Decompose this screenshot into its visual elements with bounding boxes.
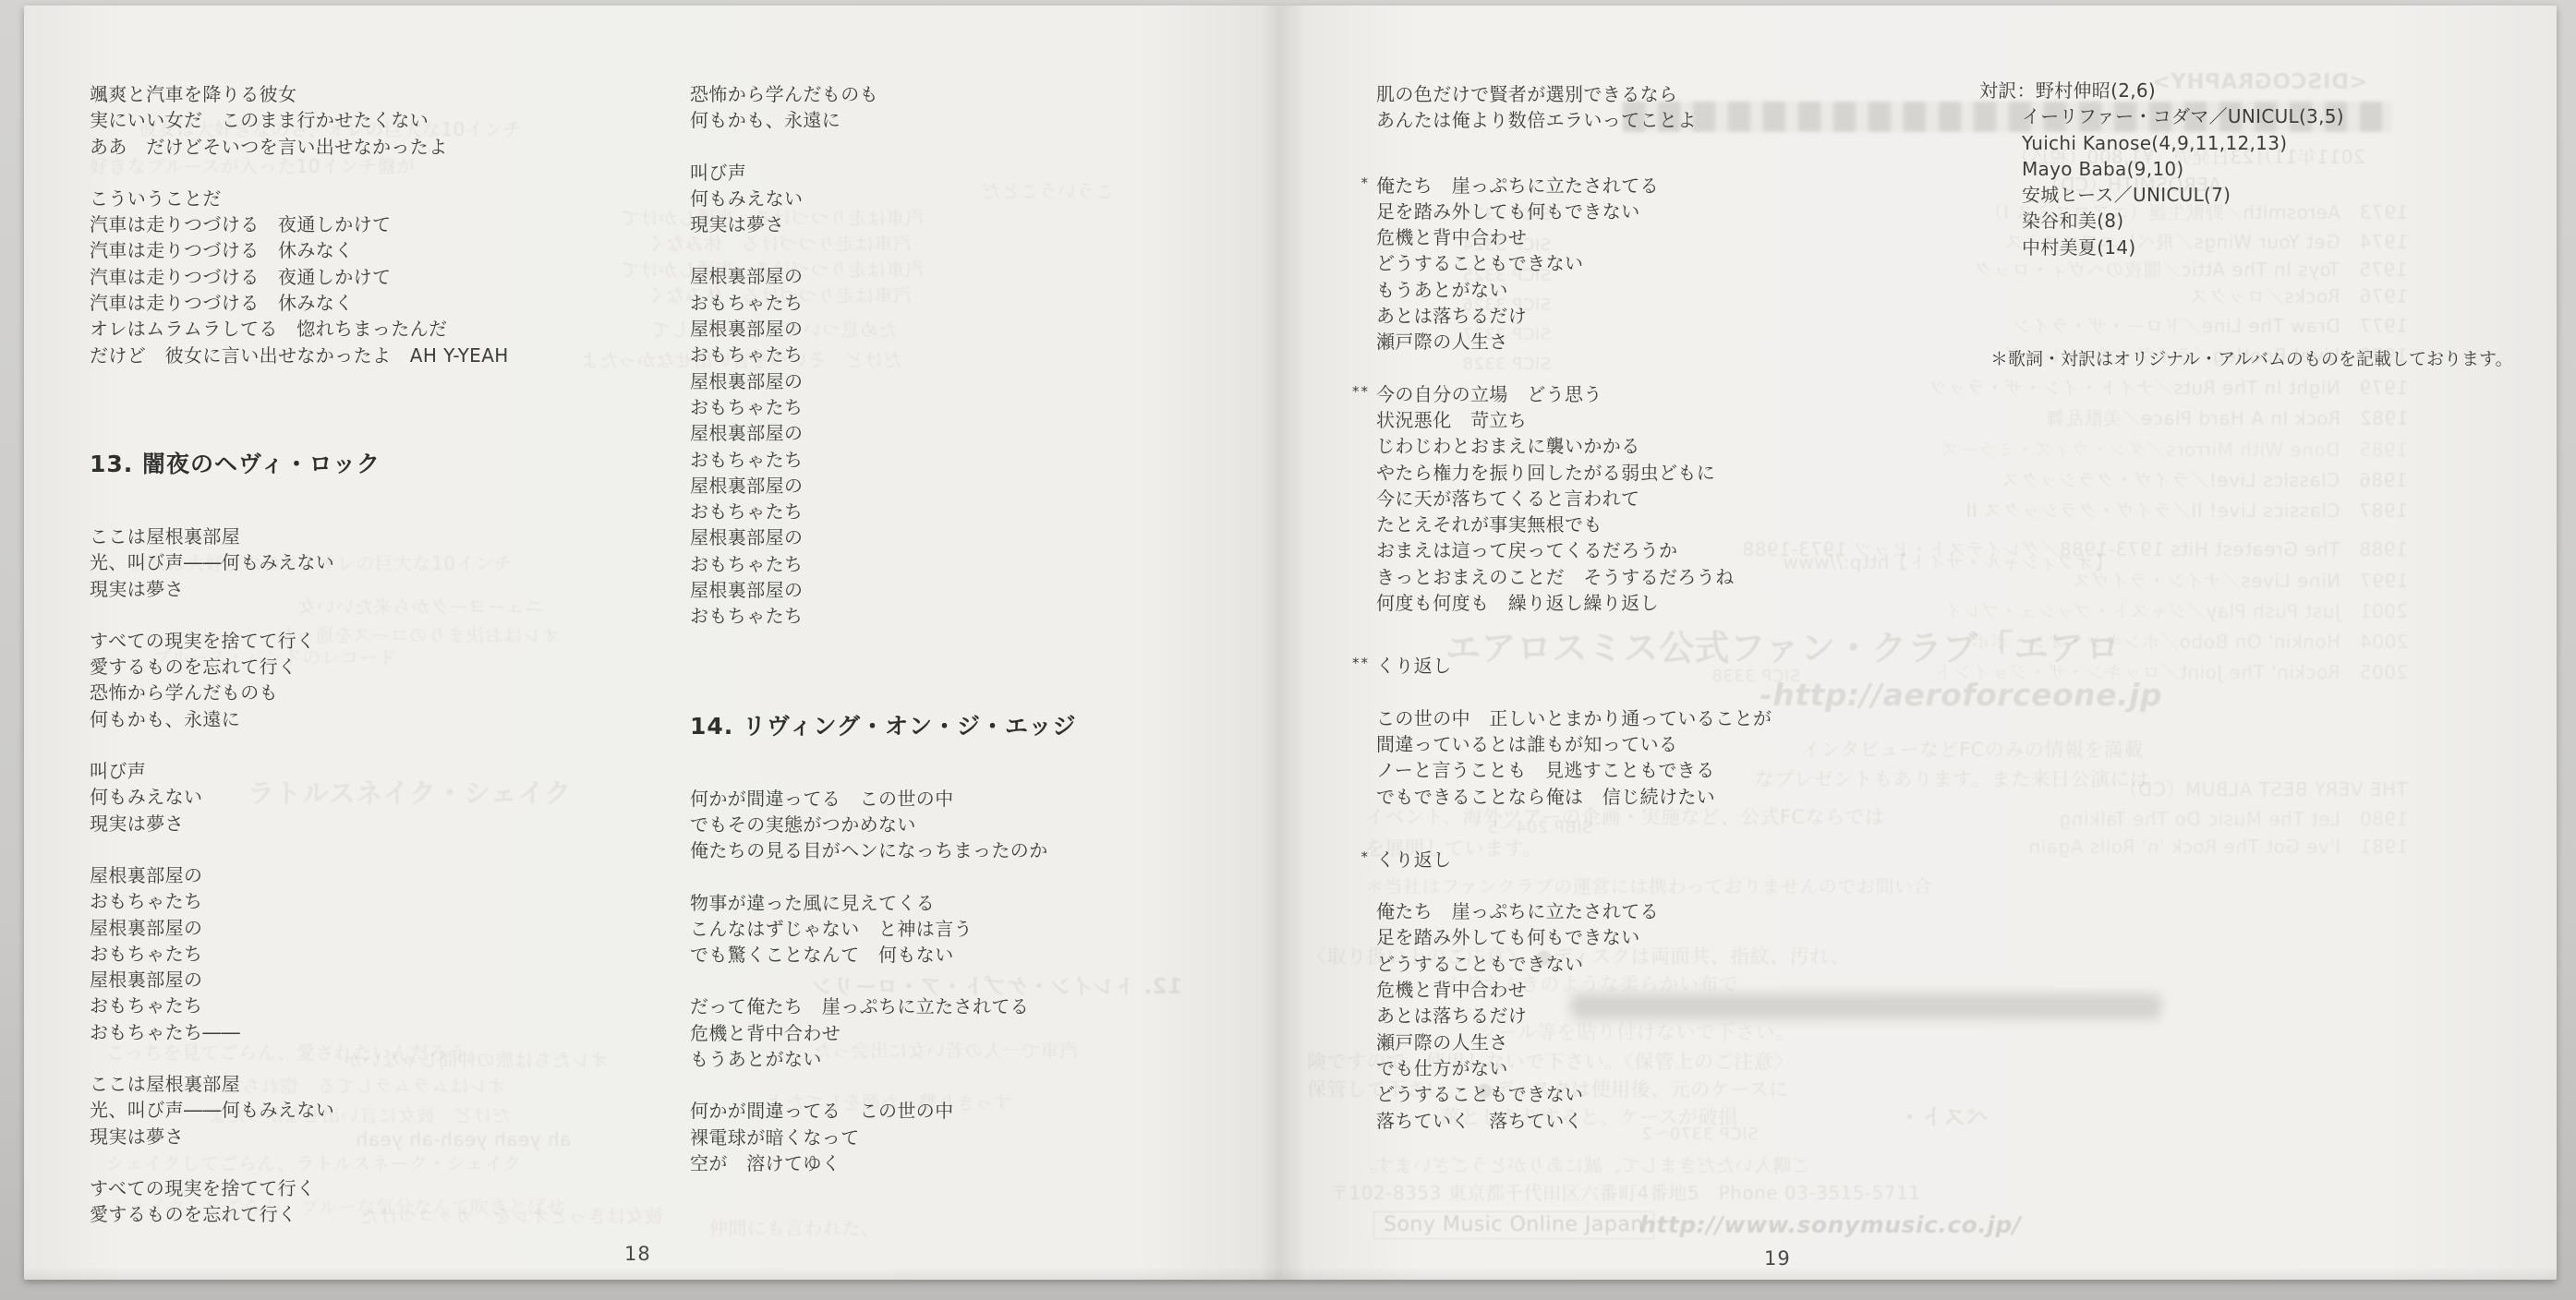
lyric-line: 屋根裏部屋の [90, 967, 509, 993]
credits-label: 対訳： [1979, 79, 2036, 102]
lyric-line: 現実は夢さ [690, 211, 1077, 237]
lyric-line: 屋根裏部屋の [90, 862, 509, 888]
lyric-line: 足を踏み外しても何もできない [1376, 199, 1772, 224]
lyric-line: だって俺たち 崖っぷちに立たされてる [690, 993, 1077, 1019]
lyric-line: 汽車は走りつづける 夜通しかけて [90, 264, 509, 290]
lyric-line: すべての現実を捨てて行く [90, 1175, 509, 1201]
lyrics-stanza: 屋根裏部屋のおもちゃたち屋根裏部屋のおもちゃたち屋根裏部屋のおもちゃたち屋根裏部… [690, 263, 1077, 629]
lyric-line: 汽車は走りつづける 夜通しかけて [90, 211, 509, 237]
lyric-line: ああ だけどそいつを言い出せなかったよ [90, 134, 509, 160]
lyrics-stanza: 恐怖から学んだものも何もかも、永遠に [690, 81, 1077, 134]
lyrics-stanza: 俺たち 崖っぷちに立たされてる足を踏み外しても何もできないどうすることもできない… [1376, 898, 1772, 1134]
lyric-line: 何もかも、永遠に [90, 706, 509, 732]
lyric-line: 物事が違った風に見えてくる [690, 890, 1077, 916]
repeat-marker: ** [1352, 379, 1376, 404]
lyric-line: 何かが間違ってる この世の中 [690, 786, 1077, 812]
lyric-line: あんたは俺より数倍エラいってことよ [1376, 107, 1772, 133]
credits-name: 中村美夏(14) [1979, 235, 2344, 260]
lyrics-stanza: すべての現実を捨てて行く愛するものを忘れて行く恐怖から学んだものも何もかも、永遠… [90, 628, 509, 732]
left-page-lyrics-column-2: 恐怖から学んだものも何もかも、永遠に叫び声何もみえない現実は夢さ屋根裏部屋のおも… [690, 81, 1077, 1176]
lyric-line: 危機と背中合わせ [1376, 977, 1772, 1003]
lyric-line: 現実は夢さ [90, 1124, 509, 1150]
lyric-line: 落ちていく 落ちていく [1376, 1108, 1772, 1134]
lyric-line: 肌の色だけで賢者が選別できるなら [1376, 81, 1772, 107]
lyric-line: 恐怖から学んだものも [90, 680, 509, 705]
lyric-line: 何もかも、永遠に [690, 107, 1077, 133]
lyric-line: 裸電球が暗くなって [690, 1125, 1077, 1150]
credits-name-list: イーリファー・コダマ／UNICUL(3,5)Yuichi Kanose(4,9,… [1979, 103, 2344, 260]
credits-note: ＊歌詞・対訳はオリジナル・アルバムのものを記載しております。 [1990, 345, 2563, 370]
lyric-line: 光、叫び声――何もみえない [90, 1097, 509, 1123]
lyric-line: あとは落ちるだけ [1376, 303, 1772, 329]
lyric-line: 現実は夢さ [90, 811, 509, 837]
lyric-line: でもその実態がつかめない [690, 812, 1077, 837]
lyric-line: おもちゃたち [690, 499, 1077, 524]
lyrics-stanza: すべての現実を捨てて行く愛するものを忘れて行く [90, 1175, 509, 1228]
lyric-line: 瀬戸際の人生さ [1376, 1029, 1772, 1055]
lyrics-stanza: **今の自分の立場 どう思う状況悪化 苛立ちじわじわとおまえに襲いかかるやたら権… [1376, 381, 1772, 617]
right-page-lyrics-column: 肌の色だけで賢者が選別できるならあんたは俺より数倍エラいってことよ*俺たち 崖っ… [1376, 81, 1772, 1134]
lyric-line: 何度も何度も 繰り返し繰り返し [1376, 590, 1772, 616]
lyrics-stanza: **くり返し [1376, 653, 1772, 679]
lyric-line: 俺たち 崖っぷちに立たされてる [1376, 898, 1772, 924]
lyric-line: あとは落ちるだけ [1376, 1003, 1772, 1029]
lyric-line: 何もみえない [690, 186, 1077, 211]
repeat-marker: ** [1352, 650, 1376, 676]
lyric-line: 汽車は走りつづける 休みなく [90, 237, 509, 263]
page-number-left: 18 [624, 1243, 651, 1265]
credits-name: イーリファー・コダマ／UNICUL(3,5) [1979, 103, 2344, 129]
lyric-line: 汽車は走りつづける 休みなく [90, 290, 509, 316]
lyric-line: きっとおまえのことだ そうするだろうね [1376, 564, 1772, 590]
lyric-line: *俺たち 崖っぷちに立たされてる [1376, 173, 1772, 199]
credits-name: Mayo Baba(9,10) [1979, 156, 2344, 182]
lyric-line: 今に天が落ちてくると言われて [1376, 486, 1772, 512]
lyric-line: 危機と背中合わせ [1376, 224, 1772, 250]
lyric-line: 屋根裏部屋の [690, 577, 1077, 603]
credits-first-line: 対訳：野村伸昭(2,6) [1979, 78, 2344, 103]
lyric-line: 空が 溶けてゆく [690, 1150, 1077, 1176]
lyric-line: おもちゃたち [690, 603, 1077, 629]
lyrics-stanza: 何かが間違ってる この世の中でもその実態がつかめない俺たちの見る目がヘンになっち… [690, 786, 1077, 864]
lyric-line: ここは屋根裏部屋 [90, 524, 509, 549]
lyric-line: **くり返し [1376, 653, 1772, 679]
lyric-line: 屋根裏部屋の [690, 420, 1077, 446]
lyric-line: 屋根裏部屋の [690, 524, 1077, 550]
lyric-line: *くり返し [1376, 847, 1772, 873]
lyric-line: 光、叫び声――何もみえない [90, 549, 509, 575]
lyric-line: オレはムラムラしてる 惚れちまったんだ [90, 316, 509, 342]
left-page-lyrics-column-1: 颯爽と汽車を降りる彼女実にいい女だ このまま行かせたくないああ だけどそいつを言… [90, 81, 509, 1228]
lyric-line: 危機と背中合わせ [690, 1020, 1077, 1046]
lyric-line: でも驚くことなんて 何もない [690, 942, 1077, 968]
lyric-line: おもちゃたち [690, 551, 1077, 577]
lyric-line: 屋根裏部屋の [690, 263, 1077, 289]
lyric-line: どうすることもできない [1376, 1081, 1772, 1107]
lyric-line: 叫び声 [90, 758, 509, 784]
lyrics-stanza: この世の中 正しいとまかり通っていることが間違っているとは誰もが知っているノーと… [1376, 705, 1772, 810]
lyric-line: 間違っているとは誰もが知っている [1376, 731, 1772, 757]
lyrics-stanza: こういうことだ汽車は走りつづける 夜通しかけて汽車は走りつづける 休みなく汽車は… [90, 186, 509, 368]
lyric-line: 愛するものを忘れて行く [90, 1201, 509, 1227]
lyric-line: 俺たちの見る目がヘンになっちまったのか [690, 837, 1077, 863]
lyric-line: でも仕方がない [1376, 1055, 1772, 1081]
lyric-line: ノーと言うことも 見逃すこともできる [1376, 757, 1772, 783]
lyric-line: 屋根裏部屋の [690, 473, 1077, 499]
lyric-line: 状況悪化 苛立ち [1376, 407, 1772, 433]
lyrics-stanza: だって俺たち 崖っぷちに立たされてる危機と背中合わせもうあとがない [690, 993, 1077, 1072]
lyrics-stanza: 屋根裏部屋のおもちゃたち屋根裏部屋のおもちゃたち屋根裏部屋のおもちゃたちおもちゃ… [90, 862, 509, 1045]
lyric-line: 恐怖から学んだものも [690, 81, 1077, 107]
lyric-line: 足を踏み外しても何もできない [1376, 924, 1772, 950]
lyric-line: おもちゃたち [690, 394, 1077, 420]
repeat-marker: * [1361, 170, 1377, 196]
lyric-line: おもちゃたち―― [90, 1019, 509, 1045]
lyric-line: 叫び声 [690, 160, 1077, 186]
lyric-line: おまえは這って戻ってくるだろうか [1376, 537, 1772, 563]
credits-name: 染谷和美(8) [1979, 208, 2344, 234]
track-heading: 13. 闇夜のヘヴィ・ロック [90, 446, 509, 479]
lyric-line: もうあとがない [690, 1046, 1077, 1072]
credits-name: Yuichi Kanose(4,9,11,12,13) [1979, 130, 2344, 156]
translation-credits: 対訳：野村伸昭(2,6) イーリファー・コダマ／UNICUL(3,5)Yuich… [1979, 78, 2344, 260]
lyric-line: 颯爽と汽車を降りる彼女 [90, 81, 509, 107]
lyric-line: だけど 彼女に言い出せなかったよ AH Y-YEAH [90, 343, 509, 368]
lyric-line: どうすることもできない [1376, 250, 1772, 276]
lyric-line: 何かが間違ってる この世の中 [690, 1098, 1077, 1124]
lyrics-stanza: 肌の色だけで賢者が選別できるならあんたは俺より数倍エラいってことよ [1376, 81, 1772, 134]
lyric-line: 屋根裏部屋の [690, 368, 1077, 394]
lyric-line: たとえそれが事実無根でも [1376, 512, 1772, 537]
lyric-line: おもちゃたち [90, 993, 509, 1018]
lyric-line: 現実は夢さ [90, 576, 509, 602]
lyric-line: 瀬戸際の人生さ [1376, 329, 1772, 355]
lyric-line: やたら権力を振り回したがる弱虫どもに [1376, 460, 1772, 486]
lyrics-stanza: *くり返し [1376, 847, 1772, 873]
lyric-line: おもちゃたち [90, 888, 509, 914]
printed-text-layer: 颯爽と汽車を降りる彼女実にいい女だ このまま行かせたくないああ だけどそいつを言… [0, 0, 2576, 1300]
lyric-line: でもできることなら俺は 信じ続けたい [1376, 784, 1772, 810]
lyrics-stanza: ここは屋根裏部屋光、叫び声――何もみえない現実は夢さ [90, 524, 509, 602]
booklet-scan: 彼女は大好きなのさ、オレの巨大な10インチ好きなブルースが入った10インチ盤がこ… [0, 0, 2576, 1300]
page-number-right: 19 [1764, 1247, 1791, 1270]
lyric-line: おもちゃたち [690, 342, 1077, 367]
credits-name: 野村伸昭(2,6) [2036, 79, 2156, 102]
lyric-line: こういうことだ [90, 186, 509, 211]
lyrics-stanza: 叫び声何もみえない現実は夢さ [90, 758, 509, 837]
lyric-line: 何もみえない [90, 784, 509, 810]
lyrics-stanza: *俺たち 崖っぷちに立たされてる足を踏み外しても何もできない危機と背中合わせどう… [1376, 173, 1772, 355]
lyric-line: 愛するものを忘れて行く [90, 654, 509, 680]
lyrics-stanza: 颯爽と汽車を降りる彼女実にいい女だ このまま行かせたくないああ だけどそいつを言… [90, 81, 509, 160]
lyric-line: 屋根裏部屋の [90, 915, 509, 941]
lyric-line: ここは屋根裏部屋 [90, 1071, 509, 1097]
track-heading: 14. リヴィング・オン・ジ・エッジ [690, 708, 1077, 741]
lyric-line: 実にいい女だ このまま行かせたくない [90, 107, 509, 133]
repeat-marker: * [1361, 844, 1377, 870]
lyric-line: おもちゃたち [690, 290, 1077, 316]
lyric-line: おもちゃたち [90, 941, 509, 967]
lyric-line: もうあとがない [1376, 277, 1772, 303]
lyric-line: この世の中 正しいとまかり通っていることが [1376, 705, 1772, 731]
lyrics-stanza: 物事が違った風に見えてくるこんなはずじゃない と神は言うでも驚くことなんて 何も… [690, 890, 1077, 969]
lyric-line: **今の自分の立場 どう思う [1376, 381, 1772, 407]
lyric-line: こんなはずじゃない と神は言う [690, 916, 1077, 942]
credits-name: 安城ヒース／UNICUL(7) [1979, 182, 2344, 208]
lyric-line: 屋根裏部屋の [690, 316, 1077, 342]
lyric-line: じわじわとおまえに襲いかかる [1376, 433, 1772, 459]
lyrics-stanza: 叫び声何もみえない現実は夢さ [690, 160, 1077, 238]
lyric-line: おもちゃたち [690, 447, 1077, 473]
lyrics-stanza: 何かが間違ってる この世の中裸電球が暗くなって空が 溶けてゆく [690, 1098, 1077, 1176]
lyric-line: どうすることもできない [1376, 951, 1772, 977]
lyric-line: すべての現実を捨てて行く [90, 628, 509, 654]
lyrics-stanza: ここは屋根裏部屋光、叫び声――何もみえない現実は夢さ [90, 1071, 509, 1150]
